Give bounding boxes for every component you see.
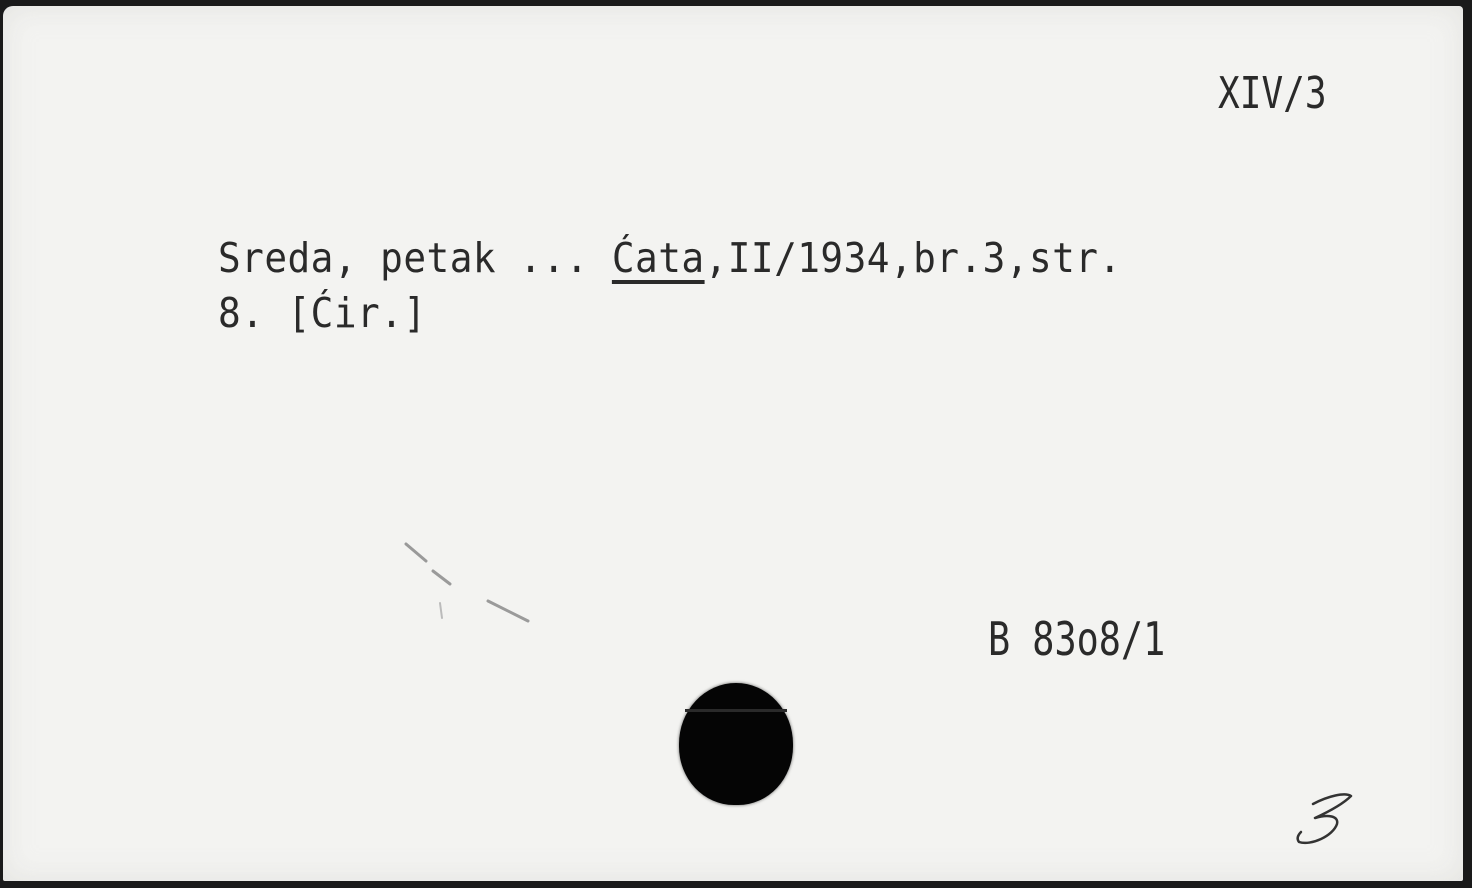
shelf-mark: B 83o8/1 bbox=[988, 612, 1165, 666]
entry-title: Sreda, petak ... bbox=[218, 234, 612, 282]
entry-citation: ,II/1934,br.3,str. bbox=[705, 234, 1122, 282]
catalog-card: XIV/3 Sreda, petak ... Ćata,II/1934,br.3… bbox=[3, 6, 1463, 881]
punch-hole-icon bbox=[679, 683, 793, 805]
handwritten-3-icon bbox=[1293, 786, 1363, 856]
journal-name: Ćata bbox=[612, 234, 705, 282]
call-number: XIV/3 bbox=[1218, 68, 1327, 119]
entry-line-1: Sreda, petak ... Ćata,II/1934,br.3,str. bbox=[218, 234, 1122, 282]
entry-line-2: 8. [Ćir.] bbox=[218, 289, 427, 337]
pencil-stray-mark bbox=[398, 536, 538, 636]
